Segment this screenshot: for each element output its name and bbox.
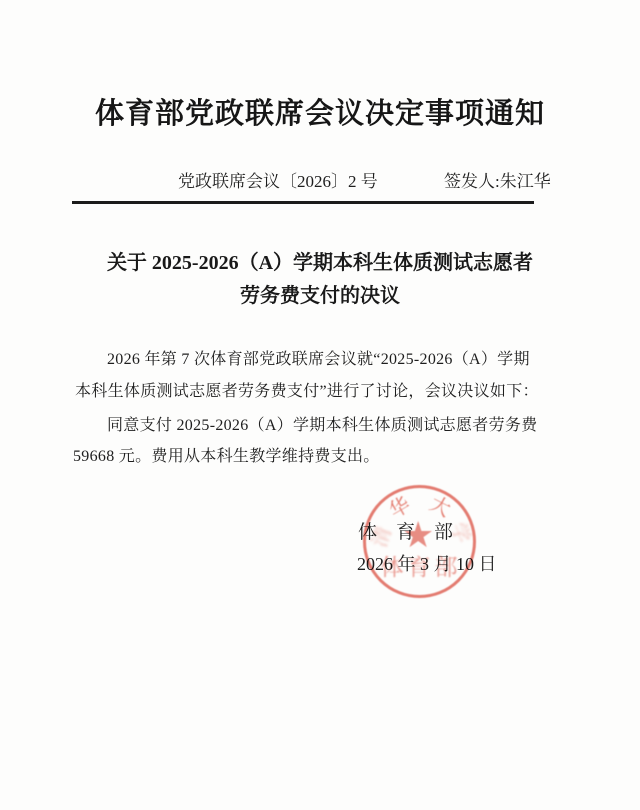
scanned-document-page: 体育部党政联席会议决定事项通知 党政联席会议〔2026〕2 号 签发人:朱江华 … (0, 0, 640, 810)
body-paragraph2-line1: 同意支付 2025-2026（A）学期本科生体质测试志愿者劳务费 (107, 418, 537, 434)
document-title: 体育部党政联席会议决定事项通知 (0, 100, 640, 129)
issuer-name: 签发人:朱江华 (444, 173, 551, 190)
official-seal-stamp: ★ 清 华 大 学 体育部 (358, 480, 484, 606)
subject-heading-line2: 劳务费支付的决议 (0, 286, 640, 306)
document-number: 党政联席会议〔2026〕2 号 (178, 173, 378, 190)
seal-arc-char: 华 (386, 494, 413, 521)
signature-department: 体 育 部 (358, 523, 453, 542)
body-paragraph1-line2: 本科生体质测试志愿者劳务费支付”进行了讨论，会议决议如下： (75, 384, 539, 400)
body-paragraph2-line2: 59668 元。费用从本科生教学维持费支出。 (73, 449, 380, 465)
subject-heading-line1: 关于 2025-2026（A）学期本科生体质测试志愿者 (0, 253, 640, 273)
body-paragraph1-line1: 2026 年第 7 次体育部党政联席会议就“2025-2026（A）学期 (107, 352, 530, 368)
signature-date: 2026 年 3 月 10 日 (357, 555, 497, 573)
header-divider-line (72, 201, 534, 204)
seal-arc-char: 大 (427, 494, 454, 521)
